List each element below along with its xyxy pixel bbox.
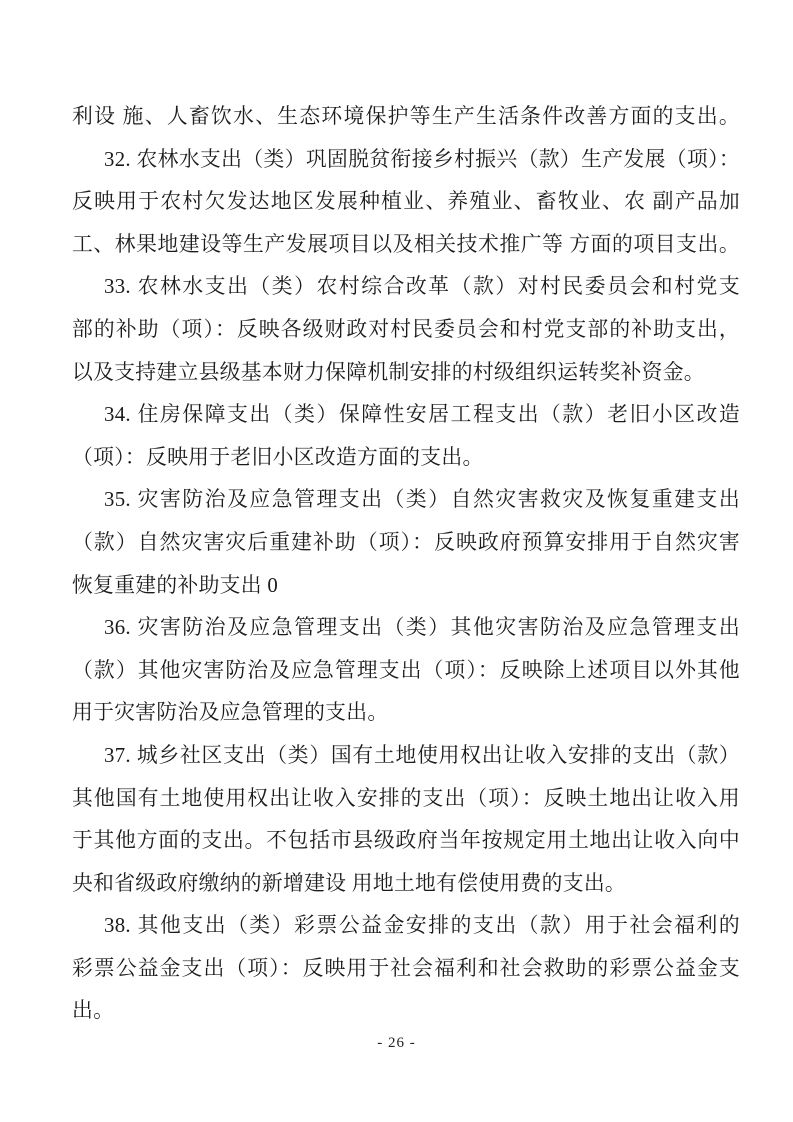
text-line-item-36: 用于灾害防治及应急管理的支出。	[72, 692, 740, 735]
text-line-item-32: 工、林果地建设等生产发展项目以及相关技术推广等 方面的项目支出。	[72, 224, 740, 267]
text-line-item-33: 部的补助（项）：反映各级财政对村民委员会和村党支部的补助支出，	[72, 309, 740, 352]
document-body: 利设 施、人畜饮水、生态环境保护等生产生活条件改善方面的支出。32. 农林水支出…	[72, 96, 740, 1033]
text-line-item-35: 恢复重建的补助支出 0	[72, 565, 740, 608]
text-line-item-37: 央和省级政府缴纳的新增建设 用地土地有偿使用费的支出。	[72, 863, 740, 906]
text-line-item-34: （项）：反映用于老旧小区改造方面的支出。	[72, 437, 740, 480]
text-line-item-35: 35. 灾害防治及应急管理支出（类）自然灾害救灾及恢复重建支出	[72, 479, 740, 522]
document-page: 利设 施、人畜饮水、生态环境保护等生产生活条件改善方面的支出。32. 农林水支出…	[0, 0, 793, 1122]
text-line-item-36: （款）其他灾害防治及应急管理支出（项）：反映除上述项目以外其他	[72, 650, 740, 693]
text-line-continuation-31: 利设 施、人畜饮水、生态环境保护等生产生活条件改善方面的支出。	[72, 96, 740, 139]
text-line-item-35: （款）自然灾害灾后重建补助（项）：反映政府预算安排用于自然灾害	[72, 522, 740, 565]
text-line-item-37: 37. 城乡社区支出（类）国有土地使用权出让收入安排的支出（款）	[72, 735, 740, 778]
text-line-item-36: 36. 灾害防治及应急管理支出（类）其他灾害防治及应急管理支出	[72, 607, 740, 650]
text-line-item-37: 于其他方面的支出。不包括市县级政府当年按规定用土地出让收入向中	[72, 820, 740, 863]
text-line-item-37: 其他国有土地使用权出让收入安排的支出（项）：反映土地出让收入用	[72, 778, 740, 821]
text-line-item-33: 33. 农林水支出（类）农村综合改革（款）对村民委员会和村党支	[72, 266, 740, 309]
text-line-item-32: 反映用于农村欠发达地区发展种植业、养殖业、畜牧业、农 副产品加	[72, 181, 740, 224]
page-number: - 26 -	[0, 1034, 793, 1052]
text-line-item-33: 以及支持建立县级基本财力保障机制安排的村级组织运转奖补资金。	[72, 352, 740, 395]
text-line-item-38: 彩票公益金支出（项）：反映用于社会福利和社会救助的彩票公益金支	[72, 948, 740, 991]
text-line-item-34: 34. 住房保障支出（类）保障性安居工程支出（款）老旧小区改造	[72, 394, 740, 437]
text-line-item-38: 出。	[72, 990, 740, 1033]
text-line-item-32: 32. 农林水支出（类）巩固脱贫衔接乡村振兴（款）生产发展（项）：	[72, 139, 740, 182]
text-line-item-38: 38. 其他支出（类）彩票公益金安排的支出（款）用于社会福利的	[72, 905, 740, 948]
